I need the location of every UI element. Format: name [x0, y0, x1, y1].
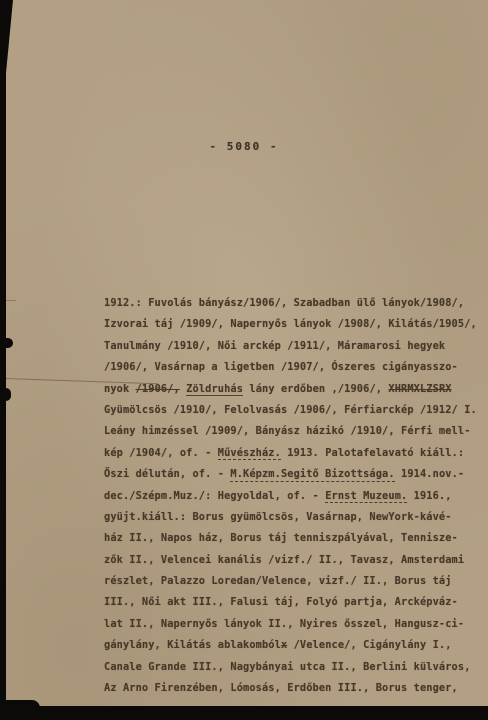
text-line: Az Arno Firenzében, Lómosás, Erdőben III… — [104, 678, 476, 699]
text-segment: ház II., Napos ház, Borus táj tenniszpál… — [104, 532, 458, 544]
text-segment: 1912.: Fuvolás bányász/1906/, Szabadban … — [104, 297, 464, 309]
text-segment-strike: XHRMXLZSRX — [388, 383, 451, 395]
text-line: gánylány, Kilátás ablakombólx /Velence/,… — [104, 635, 476, 656]
page-number: - 5080 - — [0, 140, 488, 153]
text-line: 1912.: Fuvolás bányász/1906/, Szabadban … — [104, 293, 476, 314]
paper-crease — [6, 300, 16, 301]
text-segment: részlet, Palazzo Loredan/Velence, vizf./… — [104, 575, 452, 587]
text-segment: Canale Grande III., Nagybányai utca II.,… — [104, 661, 471, 673]
text-segment: kép /1904/, of. - — [104, 447, 218, 459]
text-line: Gyümölcsös /1910/, Felolvasás /1906/, Fé… — [104, 400, 476, 421]
text-segment: nyok — [104, 383, 136, 395]
text-line: nyok /1906/, Zöldruhás lány erdőben ,/19… — [104, 379, 476, 400]
text-line: Leány himzéssel /1909/, Bányász házikó /… — [104, 421, 476, 442]
text-segment: gánylány, Kilátás ablakomból — [104, 639, 281, 651]
text-segment: 1913. Palotafelavató kiáll.: — [281, 447, 464, 459]
text-segment-udash: Ernst Muzeum. — [325, 490, 407, 504]
text-line: zők II., Velencei kanális /vizf./ II., T… — [104, 550, 476, 571]
text-segment: III., Női akt III., Falusi táj, Folyó pa… — [104, 596, 458, 608]
typed-text-block: 1912.: Fuvolás bányász/1906/, Szabadban … — [104, 293, 476, 699]
text-segment: /Velence/, Cigánylány I., — [287, 639, 451, 651]
text-segment: gyüjt.kiáll.: Borus gyümölcsös, Vasárnap… — [104, 511, 452, 523]
text-segment: zők II., Velencei kanális /vizf./ II., T… — [104, 554, 464, 566]
text-segment: lány erdőben ,/1906/, — [243, 383, 388, 395]
text-segment-udash: Művészház. — [218, 447, 281, 461]
text-segment: Leány himzéssel /1909/, Bányász házikó /… — [104, 425, 471, 437]
scan-edge-top-left-wedge — [0, 0, 13, 95]
text-line: Izvorai táj /1909/, Napernyős lányok /19… — [104, 314, 476, 335]
text-segment: lat II., Napernyős lányok II., Nyires ős… — [104, 618, 464, 630]
text-segment: Őszi délután, of. - — [104, 468, 230, 480]
text-segment: Gyümölcsös /1910/, Felolvasás /1906/, Fé… — [104, 404, 477, 416]
text-line: ház II., Napos ház, Borus táj tenniszpál… — [104, 528, 476, 549]
text-line: lat II., Napernyős lányok II., Nyires ős… — [104, 614, 476, 635]
binding-mark — [0, 388, 11, 401]
scan-binding-edge-left — [0, 0, 6, 720]
text-segment-udash: M.Képzm.Segitő Bizottsága. — [230, 468, 394, 482]
text-line: részlet, Palazzo Loredan/Velence, vizf./… — [104, 571, 476, 592]
text-segment-uline: Zöldruhás — [186, 383, 243, 396]
text-segment-strike: /1906/, — [136, 383, 180, 395]
text-line: III., Női akt III., Falusi táj, Folyó pa… — [104, 592, 476, 613]
text-line: Tanulmány /1910/, Női arckép /1911/, Már… — [104, 336, 476, 357]
scan-edge-bottom-left — [0, 700, 40, 720]
text-segment: Az Arno Firenzében, Lómosás, Erdőben III… — [104, 682, 458, 694]
document-page: - 5080 - 1912.: Fuvolás bányász/1906/, S… — [0, 0, 488, 720]
text-line: Canale Grande III., Nagybányai utca II.,… — [104, 657, 476, 678]
text-line: Őszi délután, of. - M.Képzm.Segitő Bizot… — [104, 464, 476, 485]
text-line: kép /1904/, of. - Művészház. 1913. Palot… — [104, 443, 476, 464]
text-segment: Izvorai táj /1909/, Napernyős lányok /19… — [104, 318, 477, 330]
binding-mark — [0, 338, 13, 348]
text-line: gyüjt.kiáll.: Borus gyümölcsös, Vasárnap… — [104, 507, 476, 528]
text-segment: 1914.nov.- — [395, 468, 465, 480]
scan-edge-bottom — [0, 706, 488, 720]
text-segment: dec./Szépm.Muz./: Hegyoldal, of. - — [104, 490, 325, 502]
text-line: /1906/, Vasárnap a ligetben /1907/, Ósze… — [104, 357, 476, 378]
text-segment: /1906/, Vasárnap a ligetben /1907/, Ósze… — [104, 361, 458, 373]
text-segment: 1916., — [407, 490, 451, 502]
text-line: dec./Szépm.Muz./: Hegyoldal, of. - Ernst… — [104, 486, 476, 507]
text-segment: Tanulmány /1910/, Női arckép /1911/, Már… — [104, 340, 445, 352]
